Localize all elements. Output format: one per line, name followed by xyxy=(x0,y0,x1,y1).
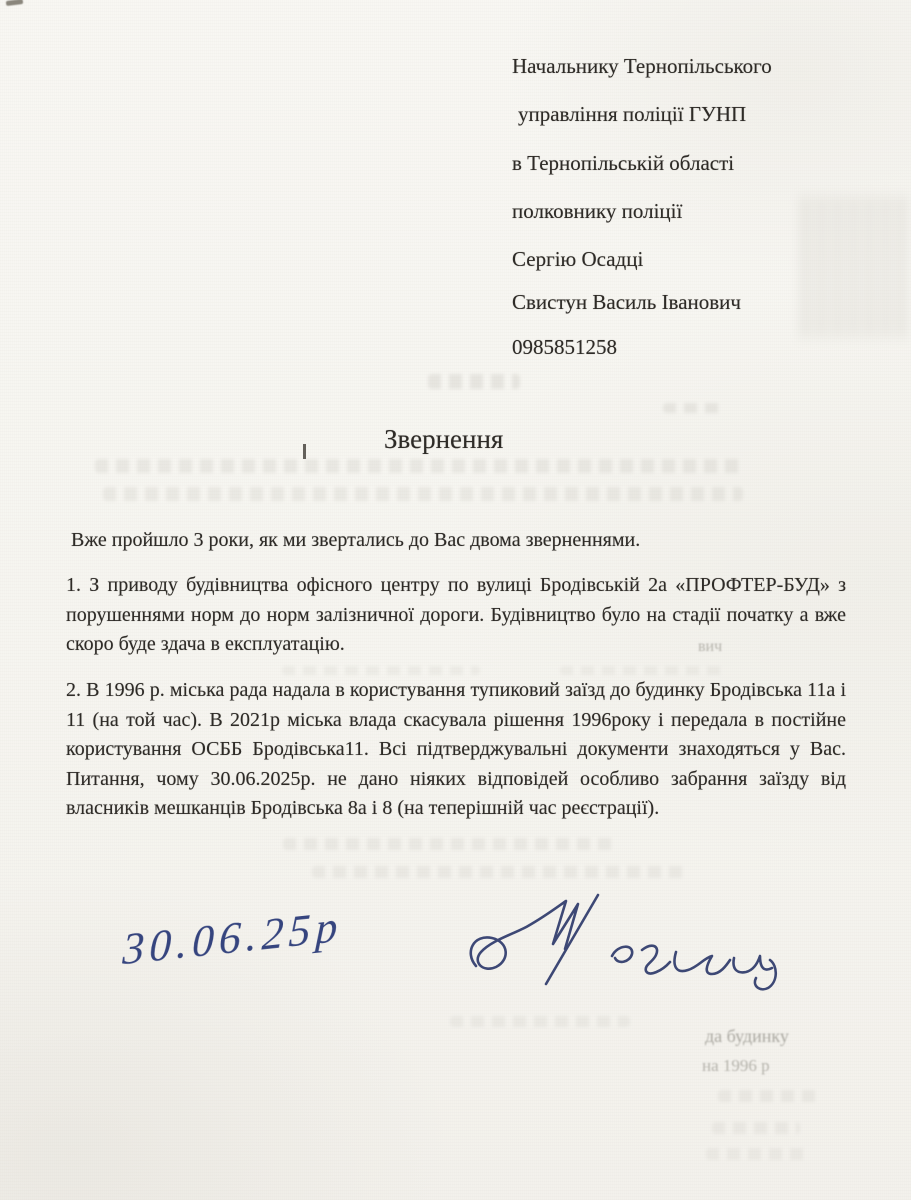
bleedthrough-fragment: да будинку xyxy=(705,1026,789,1047)
bleedthrough-line xyxy=(103,487,743,501)
bleedthrough-line xyxy=(663,403,725,413)
bleedthrough-line xyxy=(428,374,520,389)
bleedthrough-fragment: на 1996 р xyxy=(702,1056,770,1076)
bleedthrough-line xyxy=(95,459,743,473)
bleedthrough-line xyxy=(282,666,480,675)
signature-final-hook xyxy=(755,960,776,989)
bleedthrough-line xyxy=(283,838,619,850)
bleedthrough-line xyxy=(560,666,728,675)
bleedthrough-line xyxy=(712,1122,800,1134)
signature-letters xyxy=(612,946,772,974)
handwritten-date: 30.06.25р xyxy=(122,900,344,975)
page-title: Звернення xyxy=(384,424,503,455)
signature-scrawl xyxy=(452,892,782,1004)
scan-artifact-tick xyxy=(303,444,306,459)
recipient-line-3: в Тернопільській області xyxy=(512,151,734,175)
paragraph-2: 2. В 1996 р. міська рада надала в корист… xyxy=(66,676,846,824)
recipient-line-4: полковнику поліції xyxy=(512,199,682,223)
recipient-line-2: управління поліції ГУНП xyxy=(518,102,746,126)
bleedthrough-line xyxy=(718,1090,818,1102)
scan-artifact-corner xyxy=(6,0,23,6)
sender-phone: 0985851258 xyxy=(512,335,617,359)
recipient-name-line: Сергію Осадці xyxy=(512,247,643,271)
bleedthrough-line xyxy=(312,866,684,878)
scan-smudge-right-edge xyxy=(802,196,910,338)
bleedthrough-line xyxy=(706,1148,808,1160)
bleedthrough-line xyxy=(450,1016,630,1027)
intro-sentence: Вже пройшло 3 роки, як ми звертались до … xyxy=(71,526,640,556)
paragraph-1: 1. З приводу будівництва офісного центру… xyxy=(66,571,846,660)
sender-name-line: Свистун Василь Іванович xyxy=(512,290,741,314)
scanned-letter-page: Начальнику Тернопільського управління по… xyxy=(0,0,911,1200)
recipient-line-1: Начальнику Тернопільського xyxy=(512,54,772,78)
